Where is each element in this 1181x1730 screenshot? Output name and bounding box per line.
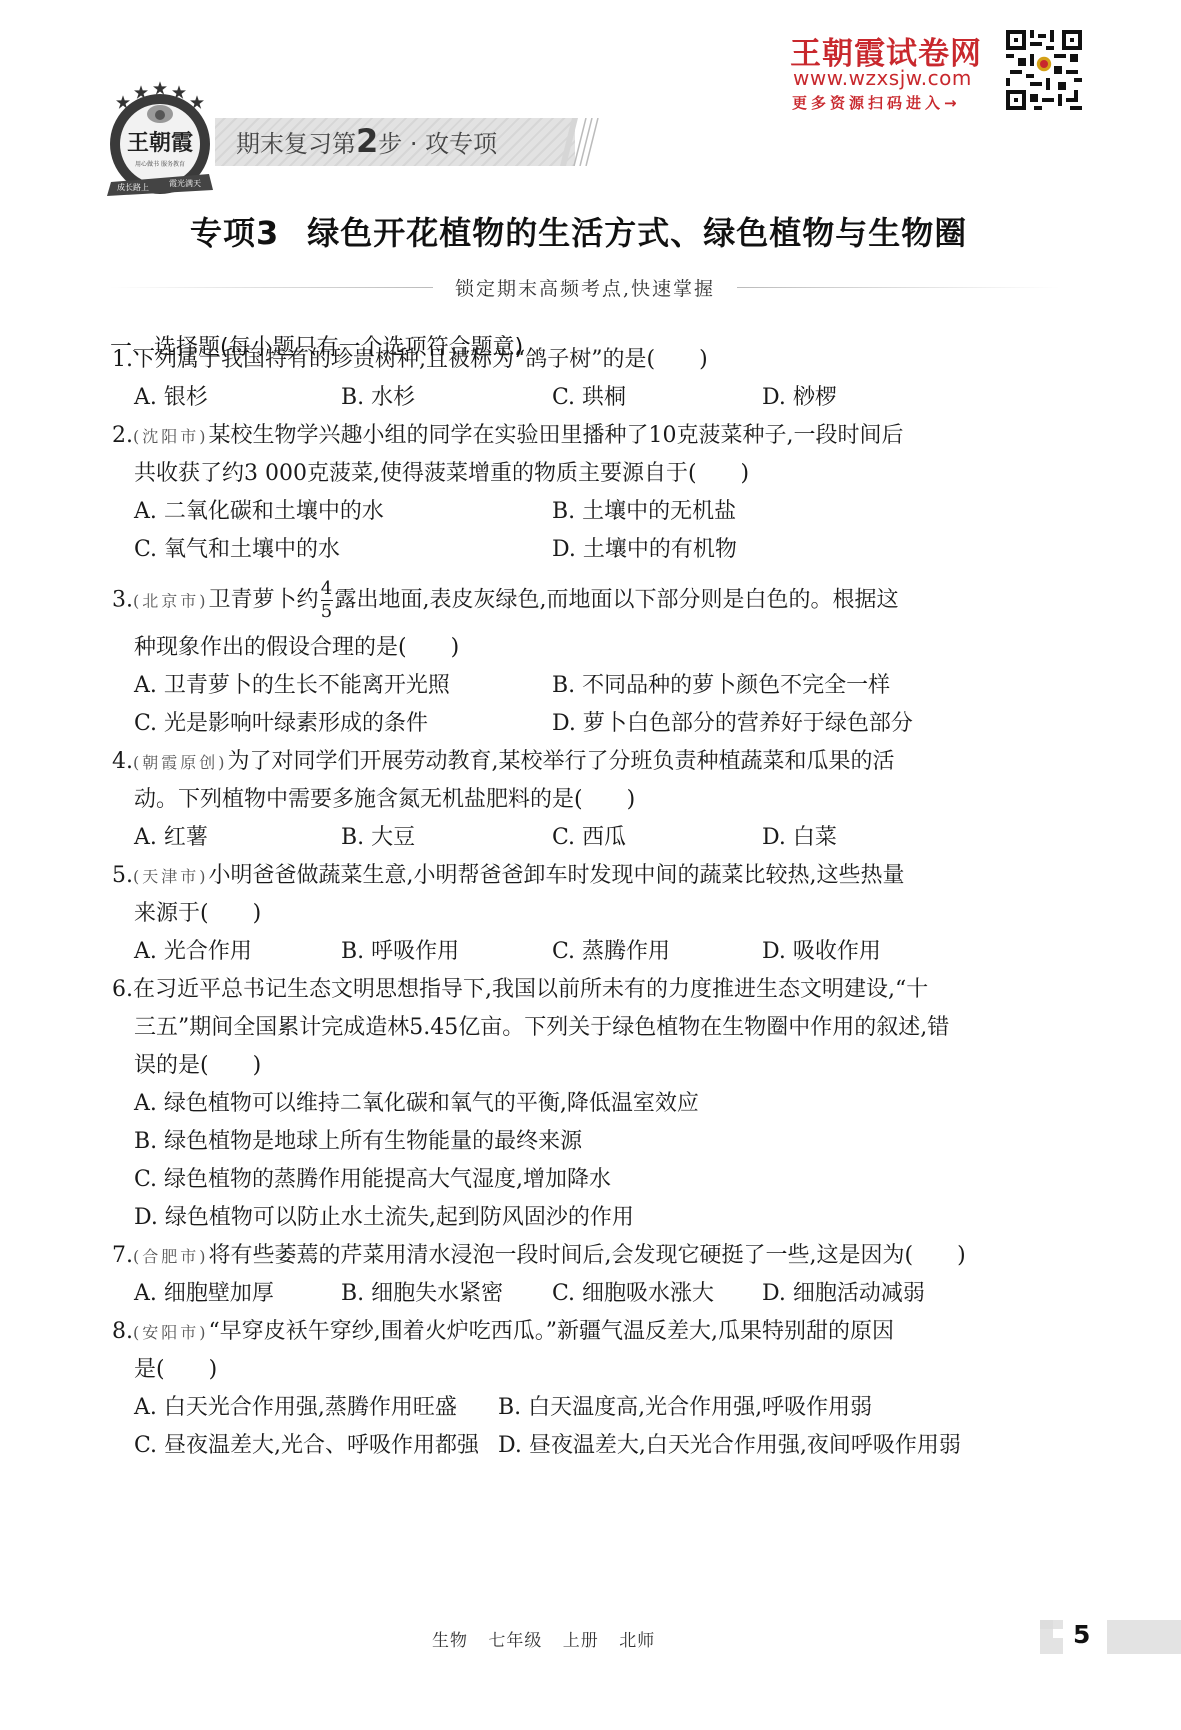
option[interactable]: B. 呼吸作用 — [341, 934, 459, 965]
brand-url[interactable]: www.wzxsjw.com — [793, 66, 972, 90]
question-4: 4.(朝霞原创)为了对同学们开展劳动教育,某校举行了分班负责种植蔬菜和瓜果的活 — [112, 744, 895, 775]
question-5: 5.(天津市)小明爸爸做蔬菜生意,小明帮爸爸卸车时发现中间的蔬菜比较热,这些热量 — [112, 858, 905, 889]
option[interactable]: A. 银杉 — [134, 380, 208, 411]
option[interactable]: C. 氧气和土壤中的水 — [134, 532, 340, 563]
option[interactable]: C. 珙桐 — [552, 380, 626, 411]
option[interactable]: D. 桫椤 — [762, 380, 837, 411]
svg-text:王朝霞: 王朝霞 — [127, 130, 193, 156]
question-7: 7.(合肥市)将有些萎蔫的芹菜用清水浸泡一段时间后,会发现它硬挺了一些,这是因为… — [112, 1238, 966, 1269]
question-text-continued: 共收获了约3 000克菠菜,使得菠菜增重的物质主要源自于( ) — [134, 456, 749, 487]
question-text-continued: 种现象作出的假设合理的是( ) — [134, 630, 459, 661]
question-number: 4. — [112, 749, 133, 774]
option[interactable]: A. 红薯 — [134, 820, 208, 851]
option[interactable]: B. 细胞失水紧密 — [341, 1276, 503, 1307]
title-number: 专项3 — [190, 214, 279, 252]
option[interactable]: D. 土壤中的有机物 — [552, 532, 737, 563]
svg-text:成长路上: 成长路上 — [117, 182, 149, 192]
question-text-continued: 是( ) — [134, 1352, 217, 1383]
question-source: (安阳市) — [133, 1323, 209, 1342]
question-text-continued: 误的是( ) — [134, 1048, 261, 1079]
fraction: 45 — [321, 580, 333, 621]
question-text: 露出地面,表皮灰绿色,而地面以下部分则是白色的。根据这 — [335, 588, 899, 613]
option[interactable]: B. 白天温度高,光合作用强,呼吸作用弱 — [498, 1390, 872, 1421]
option[interactable]: C. 细胞吸水涨大 — [552, 1276, 714, 1307]
option[interactable]: C. 昼夜温差大,光合、呼吸作用都强 — [134, 1428, 479, 1459]
question-2: 2.(沈阳市)某校生物学兴趣小组的同学在实验田里播种了10克菠菜种子,一段时间后 — [112, 418, 904, 449]
option[interactable]: A. 卫青萝卜的生长不能离开光照 — [134, 668, 450, 699]
option[interactable]: A. 光合作用 — [134, 934, 252, 965]
question-number: 8. — [112, 1319, 133, 1344]
title-text: 绿色开花植物的生活方式、绿色植物与生物圈 — [307, 214, 967, 252]
option[interactable]: D. 萝卜白色部分的营养好于绿色部分 — [552, 706, 913, 737]
page-title: 专项3绿色开花植物的生活方式、绿色植物与生物圈 — [190, 208, 967, 254]
question-number: 6. — [112, 977, 133, 1002]
question-number: 1. — [112, 347, 133, 372]
option[interactable]: C. 蒸腾作用 — [552, 934, 670, 965]
wangzhaoxia-logo: 王朝霞 用心做书 服务教育 成长路上 霞光满天 — [103, 78, 218, 203]
banner-stripes-decoration — [560, 118, 600, 166]
banner-prefix: 期末复习第 — [236, 130, 356, 158]
option[interactable]: C. 绿色植物的蒸腾作用能提高大气湿度,增加降水 — [134, 1162, 611, 1193]
brand-scan-prompt: 更多资源扫码进入→ — [792, 92, 961, 113]
banner-step-number: 2 — [356, 122, 378, 160]
question-1: 1.下列属于我国特有的珍贵树种,且被称为“鸽子树”的是( ) — [112, 342, 708, 373]
question-text: “早穿皮袄午穿纱,围着火炉吃西瓜。”新疆气温反差大,瓜果特别甜的原因 — [209, 1319, 894, 1344]
banner-suffix: 步 · 攻专项 — [378, 130, 497, 158]
question-number: 5. — [112, 863, 133, 888]
fraction-numerator: 4 — [321, 580, 332, 598]
question-source: (天津市) — [133, 867, 209, 886]
svg-text:霞光满天: 霞光满天 — [169, 178, 201, 188]
question-text: 卫青萝卜约 — [209, 588, 319, 613]
question-text: 为了对同学们开展劳动教育,某校举行了分班负责种植蔬菜和瓜果的活 — [228, 749, 895, 774]
question-source: (北京市) — [133, 592, 209, 611]
question-number: 7. — [112, 1243, 133, 1268]
option[interactable]: B. 土壤中的无机盐 — [552, 494, 736, 525]
question-text: 小明爸爸做蔬菜生意,小明帮爸爸卸车时发现中间的蔬菜比较热,这些热量 — [209, 863, 905, 888]
footer-book-info: 生物 七年级 上册 北师 — [432, 1626, 655, 1651]
question-source: (朝霞原创) — [133, 753, 228, 772]
option[interactable]: C. 光是影响叶绿素形成的条件 — [134, 706, 428, 737]
subtitle-row: 锁定期末高频考点,快速掌握 — [110, 274, 1060, 300]
question-number: 3. — [112, 588, 133, 613]
question-text-continued: 动。下列植物中需要多施含氮无机盐肥料的是( ) — [134, 782, 635, 813]
option[interactable]: A. 细胞壁加厚 — [134, 1276, 274, 1307]
subtitle: 锁定期末高频考点,快速掌握 — [433, 274, 737, 301]
fraction-denominator: 5 — [321, 603, 332, 621]
option[interactable]: D. 白菜 — [762, 820, 837, 851]
option[interactable]: D. 绿色植物可以防止水土流失,起到防风固沙的作用 — [134, 1200, 634, 1231]
option[interactable]: A. 白天光合作用强,蒸腾作用旺盛 — [134, 1390, 457, 1421]
question-source: (沈阳市) — [133, 427, 209, 446]
option[interactable]: A. 二氧化碳和土壤中的水 — [134, 494, 384, 525]
question-number: 2. — [112, 423, 133, 448]
page-decoration — [1053, 1629, 1063, 1638]
option[interactable]: B. 水杉 — [341, 380, 415, 411]
option[interactable]: B. 大豆 — [341, 820, 415, 851]
option[interactable]: D. 细胞活动减弱 — [762, 1276, 925, 1307]
question-text-continued: 三五”期间全国累计完成造林5.45亿亩。下列关于绿色植物在生物圈中作用的叙述,错 — [134, 1010, 949, 1041]
question-6: 6.在习近平总书记生态文明思想指导下,我国以前所未有的力度推进生态文明建设,“十 — [112, 972, 928, 1003]
question-source: (合肥市) — [133, 1247, 209, 1266]
option[interactable]: B. 绿色植物是地球上所有生物能量的最终来源 — [134, 1124, 582, 1155]
option[interactable]: D. 吸收作用 — [762, 934, 881, 965]
divider — [737, 287, 1060, 288]
divider — [110, 287, 433, 288]
question-8: 8.(安阳市)“早穿皮袄午穿纱,围着火炉吃西瓜。”新疆气温反差大,瓜果特别甜的原… — [112, 1314, 894, 1345]
question-text-continued: 来源于( ) — [134, 896, 261, 927]
option[interactable]: D. 昼夜温差大,白天光合作用强,夜间呼吸作用弱 — [498, 1428, 961, 1459]
question-text: 下列属于我国特有的珍贵树种,且被称为“鸽子树”的是( ) — [133, 347, 708, 372]
question-text: 在习近平总书记生态文明思想指导下,我国以前所未有的力度推进生态文明建设,“十 — [133, 977, 928, 1002]
svg-text:用心做书 服务教育: 用心做书 服务教育 — [135, 160, 185, 168]
option[interactable]: C. 西瓜 — [552, 820, 626, 851]
page-number: 5 — [1073, 1620, 1090, 1649]
step-banner-text: 期末复习第2步 · 攻专项 — [236, 122, 497, 160]
question-3: 3.(北京市)卫青萝卜约45露出地面,表皮灰绿色,而地面以下部分则是白色的。根据… — [112, 580, 899, 621]
question-text: 将有些萎蔫的芹菜用清水浸泡一段时间后,会发现它硬挺了一些,这是因为( ) — [209, 1243, 966, 1268]
page-decoration — [1040, 1620, 1053, 1629]
option[interactable]: B. 不同品种的萝卜颜色不完全一样 — [552, 668, 890, 699]
qr-code-icon[interactable] — [1006, 30, 1082, 110]
question-text: 某校生物学兴趣小组的同学在实验田里播种了10克菠菜种子,一段时间后 — [209, 423, 904, 448]
option[interactable]: A. 绿色植物可以维持二氧化碳和氧气的平衡,降低温室效应 — [134, 1086, 699, 1117]
